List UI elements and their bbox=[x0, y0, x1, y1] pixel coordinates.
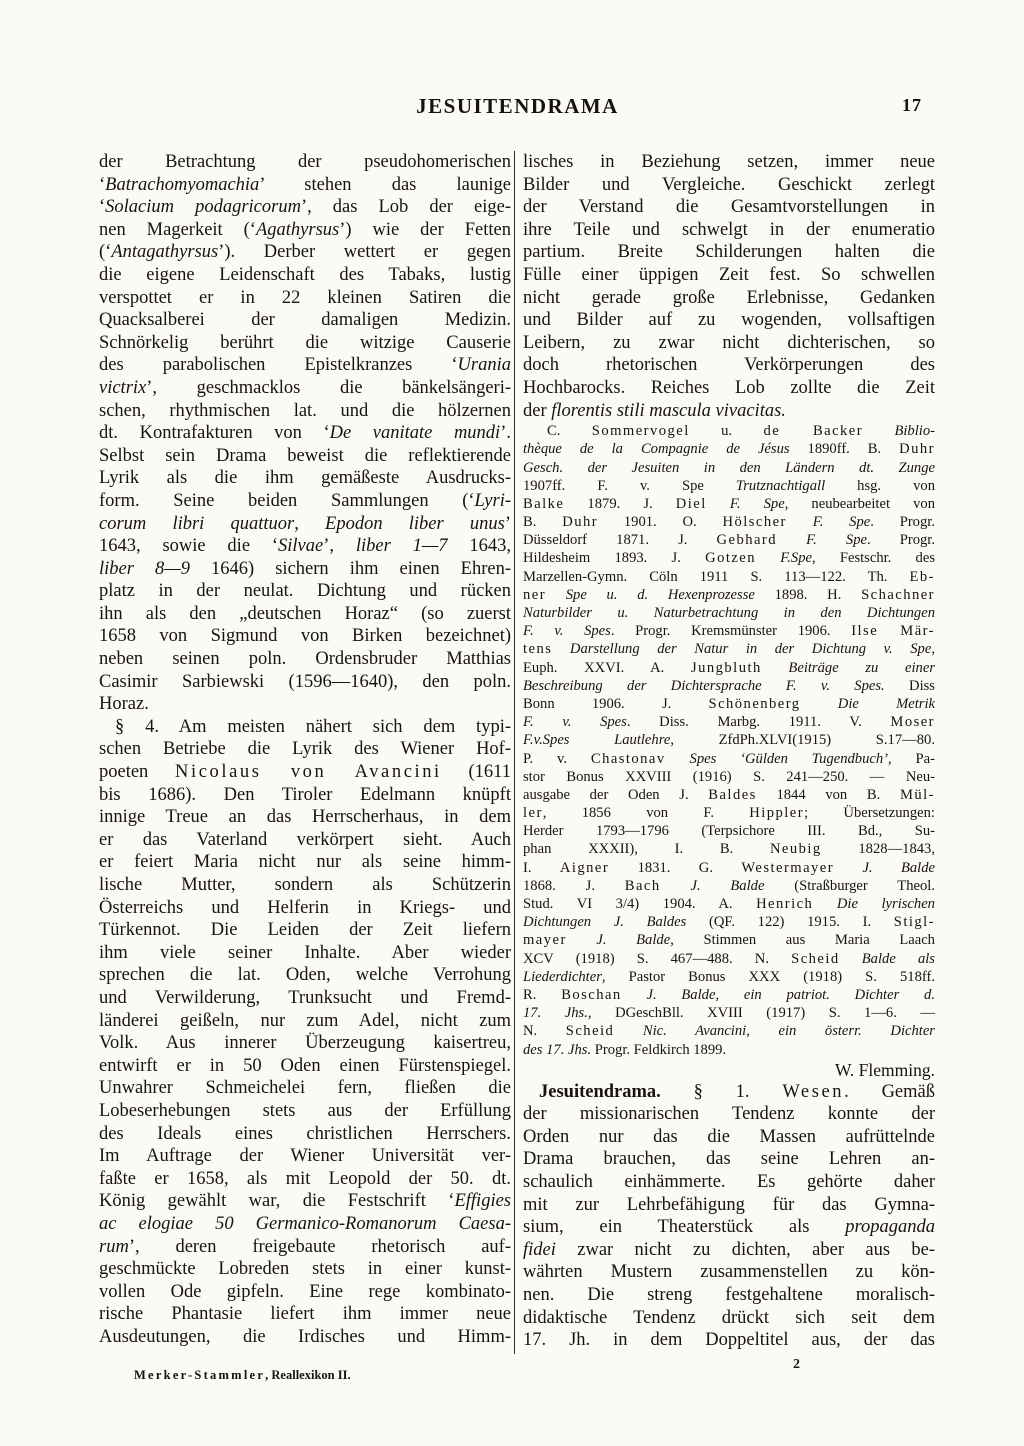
text-line: mit zur Lehrbefähigung für das Gymna- bbox=[523, 1194, 935, 1217]
signature-mark: 2 bbox=[793, 1357, 800, 1373]
text-line: sium, ein Theaterstück als propaganda bbox=[523, 1216, 935, 1239]
text-line: ausgabe der Oden J. Baldes 1844 von B. M… bbox=[523, 786, 935, 804]
text-line: F. v. Spes. Diss. Marbg. 1911. V. Moser bbox=[523, 713, 935, 731]
text-line: I. Aigner 1831. G. Westermayer J. Balde bbox=[523, 859, 935, 877]
text-line: geschmückte Lobreden stets in einer kuns… bbox=[99, 1258, 511, 1281]
text-line: Türkennot. Die Leiden der Zeit liefern bbox=[99, 919, 511, 942]
text-line: (‘Antagathyrsus’). Derber wettert er geg… bbox=[99, 241, 511, 264]
text-line: er feiert Maria nicht nur als seine himm… bbox=[99, 851, 511, 874]
text-line: Unwahrer Schmeichelei fern, fließen die bbox=[99, 1077, 511, 1100]
text-line: 1658 von Sigmund von Birken bezeichnet) bbox=[99, 625, 511, 648]
text-line: Balke 1879. J. Diel F. Spe, neubearbeite… bbox=[523, 495, 935, 513]
text-line: victrix’, geschmacklos die bänkelsängeri… bbox=[99, 377, 511, 400]
text-line: 17. Jhs., DGeschBll. XVIII (1917) S. 1—6… bbox=[523, 1004, 935, 1022]
text-line: schen Betriebe die Lyrik des Wiener Hof- bbox=[99, 738, 511, 761]
text-line: Gesch. der Jesuiten in den Ländern dt. Z… bbox=[523, 459, 935, 477]
text-line: platz in der neulat. Dichtung und rücken bbox=[99, 580, 511, 603]
text-line: corum libri quattuor, Epodon liber unus’ bbox=[99, 513, 511, 536]
text-line: innige Treue an das Herrscherhaus, in de… bbox=[99, 806, 511, 829]
text-line: Lobeserhebungen stets aus der Erfüllung bbox=[99, 1100, 511, 1123]
text-line: Leibern, zu zwar nicht dichterischen, so bbox=[523, 332, 935, 355]
text-line: poeten Nicolaus von Avancini (1611 bbox=[99, 761, 511, 784]
text-line: der florentis stili mascula vivacitas. bbox=[523, 400, 935, 423]
text-line: Euph. XXVI. A. Jungbluth Beiträge zu ein… bbox=[523, 659, 935, 677]
text-line: die eigene Leidenschaft des Tabaks, lust… bbox=[99, 264, 511, 287]
text-line: neben seinen poln. Ordensbruder Matthias bbox=[99, 648, 511, 671]
text-line: B. Duhr 1901. O. Hölscher F. Spe. Progr. bbox=[523, 513, 935, 531]
text-line: ler, 1856 von F. Hippler; Übersetzungen: bbox=[523, 804, 935, 822]
text-block: W. Flemming. bbox=[523, 1059, 935, 1081]
text-line: didaktische Tendenz drückt sich seit dem bbox=[523, 1307, 935, 1330]
text-block: C. Sommervogel u. de Backer Biblio-thèqu… bbox=[523, 422, 935, 1059]
right-column: lisches in Beziehung setzen, immer neueB… bbox=[523, 151, 935, 1352]
footer-imprint-rest: , Reallexikon II. bbox=[265, 1368, 350, 1382]
text-line: Hildesheim 1893. J. Gotzen F.Spe, Festsc… bbox=[523, 549, 935, 567]
text-line: W. Flemming. bbox=[523, 1059, 935, 1081]
left-column: der Betrachtung der pseudohomerischen‘Ba… bbox=[99, 151, 511, 1348]
page-number: 17 bbox=[902, 95, 922, 116]
text-line: F.v.Spes Lautlehre, ZfdPh.XLVI(1915) S.1… bbox=[523, 731, 935, 749]
text-line: 17. Jh. in dem Doppeltitel aus, der das bbox=[523, 1329, 935, 1352]
text-line: ihm viele seiner Inhalte. Aber wieder bbox=[99, 942, 511, 965]
text-line: form. Seine beiden Sammlungen (‘Lyri- bbox=[99, 490, 511, 513]
text-line: N. Scheid Nic. Avancini, ein österr. Dic… bbox=[523, 1022, 935, 1040]
text-line: Hochbarocks. Reiches Lob zollte die Zeit bbox=[523, 377, 935, 400]
footer-imprint-name: Merker-Stammler bbox=[134, 1368, 265, 1382]
text-line: König gewählt war, die Festschrift ‘Effi… bbox=[99, 1190, 511, 1213]
text-line: der missionarischen Tendenz konnte der bbox=[523, 1103, 935, 1126]
text-line: ac elogiae 50 Germanico-Romanorum Caesa- bbox=[99, 1213, 511, 1236]
text-line: lische Mutter, sondern als Schützerin bbox=[99, 874, 511, 897]
text-line: rische Phantasie liefert ihm immer neue bbox=[99, 1303, 511, 1326]
text-line: dt. Kontrafakturen von ‘De vanitate mund… bbox=[99, 422, 511, 445]
text-line: Bilder und Vergleiche. Geschickt zerlegt bbox=[523, 174, 935, 197]
text-line: Stud. VI 3/4) 1904. A. Henrich Die lyris… bbox=[523, 895, 935, 913]
text-line: Dichtungen J. Baldes (QF. 122) 1915. I. … bbox=[523, 913, 935, 931]
text-line: rum’, deren freigebaute rhetorisch auf- bbox=[99, 1236, 511, 1259]
page-header: JESUITENDRAMA 17 bbox=[99, 94, 936, 124]
text-line: Schnörkelig berührt die witzige Causerie bbox=[99, 332, 511, 355]
text-line: F. v. Spes. Progr. Kremsmünster 1906. Il… bbox=[523, 622, 935, 640]
text-line: des parabolischen Epistelkranzes ‘Urania bbox=[99, 354, 511, 377]
text-line: ‘Solacium podagricorum’, das Lob der eig… bbox=[99, 196, 511, 219]
text-line: schen, rhythmischen lat. und die hölzern… bbox=[99, 400, 511, 423]
text-line: der Verstand die Gesamtvorstellungen in bbox=[523, 196, 935, 219]
text-line: liber 8—9 1646) sichern ihm einen Ehren- bbox=[99, 558, 511, 581]
text-line: Jesuitendrama. § 1. Wesen. Gemäß bbox=[523, 1081, 935, 1104]
text-line: stor Bonus XXVIII (1916) S. 241—250. — N… bbox=[523, 768, 935, 786]
text-line: ihn als den „deutschen Horaz“ (so zuerst bbox=[99, 603, 511, 626]
column-divider bbox=[514, 151, 515, 1354]
text-line: des Ideals eines christlichen Herrschers… bbox=[99, 1123, 511, 1146]
text-line: nen. Die streng festgehaltene moralisch- bbox=[523, 1284, 935, 1307]
text-line: P. v. Chastonav Spes ‘Gülden Tugendbuch’… bbox=[523, 750, 935, 768]
text-line: Casimir Sarbiewski (1596—1640), den poln… bbox=[99, 671, 511, 694]
text-line: nicht gerade große Erlebnisse, Gedanken bbox=[523, 287, 935, 310]
footer-imprint: Merker-Stammler, Reallexikon II. bbox=[134, 1368, 351, 1383]
text-line: des 17. Jhs. Progr. Feldkirch 1899. bbox=[523, 1041, 935, 1059]
text-line: Im Auftrage der Wiener Universität ver- bbox=[99, 1145, 511, 1168]
text-line: XCV (1918) S. 467—488. N. Scheid Balde a… bbox=[523, 950, 935, 968]
text-line: sprechen die lat. Oden, welche Verrohung bbox=[99, 964, 511, 987]
text-line: fidei zwar nicht zu dichten, aber aus be… bbox=[523, 1239, 935, 1262]
text-line: 1643, sowie die ‘Silvae’, liber 1—7 1643… bbox=[99, 535, 511, 558]
text-line: er das Vaterland verkörpert sieht. Auch bbox=[99, 829, 511, 852]
text-block: Jesuitendrama. § 1. Wesen. Gemäßder miss… bbox=[523, 1081, 935, 1352]
text-line: tens Darstellung der Natur in der Dichtu… bbox=[523, 640, 935, 658]
text-line: vollen Ode gipfeln. Eine rege kombinato- bbox=[99, 1281, 511, 1304]
text-line: Naturbilder u. Naturbetrachtung in den D… bbox=[523, 604, 935, 622]
text-line: nen Magerkeit (‘Agathyrsus’) wie der Fet… bbox=[99, 219, 511, 242]
text-line: Ausdeutungen, die Irdisches und Himm- bbox=[99, 1326, 511, 1349]
text-line: Österreichs und Helferin in Kriegs- und bbox=[99, 897, 511, 920]
text-line: Lyrik als die ihm gemäßeste Ausdrucks- bbox=[99, 467, 511, 490]
text-line: Quacksalberei der damaligen Medizin. bbox=[99, 309, 511, 332]
text-line: Orden nur das die Massen aufrüttelnde bbox=[523, 1126, 935, 1149]
text-line: Marzellen-Gymn. Cöln 1911 S. 113—122. Th… bbox=[523, 568, 935, 586]
text-line: R. Boschan J. Balde, ein patriot. Dichte… bbox=[523, 986, 935, 1004]
text-line: währten Mustern zusammenstellen zu kön- bbox=[523, 1261, 935, 1284]
text-line: faßte er 1658, als mit Leopold der 50. d… bbox=[99, 1168, 511, 1191]
text-line: Fülle einer üppigen Zeit fest. So schwel… bbox=[523, 264, 935, 287]
two-column-text-area: der Betrachtung der pseudohomerischen‘Ba… bbox=[99, 151, 936, 1356]
text-block: der Betrachtung der pseudohomerischen‘Ba… bbox=[99, 151, 511, 1348]
text-line: Selbst sein Drama beweist die reflektier… bbox=[99, 445, 511, 468]
text-line: 1907ff. F. v. Spe Trutznachtigall hsg. v… bbox=[523, 477, 935, 495]
text-line: ‘Batrachomyomachia’ stehen das launige bbox=[99, 174, 511, 197]
text-line: Bonn 1906. J. Schönenberg Die Metrik bbox=[523, 695, 935, 713]
scanned-lexicon-page: JESUITENDRAMA 17 der Betrachtung der pse… bbox=[0, 0, 1024, 1446]
text-line: Volk. Aus innerer Überzeugung kaisertreu… bbox=[99, 1032, 511, 1055]
text-line: Liederdichter, Pastor Bonus XXX (1918) S… bbox=[523, 968, 935, 986]
text-line: der Betrachtung der pseudohomerischen bbox=[99, 151, 511, 174]
text-line: länderei geißeln, nur zum Adel, nicht zu… bbox=[99, 1010, 511, 1033]
text-line: C. Sommervogel u. de Backer Biblio- bbox=[523, 422, 935, 440]
text-block: lisches in Beziehung setzen, immer neueB… bbox=[523, 151, 935, 422]
text-line: mayer J. Balde, Stimmen aus Maria Laach bbox=[523, 931, 935, 949]
text-line: doch rhetorischen Verkörperungen des bbox=[523, 354, 935, 377]
text-line: ner Spe u. d. Hexenprozesse 1898. H. Sch… bbox=[523, 586, 935, 604]
text-line: Horaz. bbox=[99, 693, 511, 716]
text-line: phan XXXII), I. B. Neubig 1828—1843, bbox=[523, 840, 935, 858]
text-line: Herder 1793—1796 (Terpsichore III. Bd., … bbox=[523, 822, 935, 840]
text-line: § 4. Am meisten nähert sich dem typi- bbox=[99, 716, 511, 739]
text-line: und Bilder auf zu wogenden, vollsaftigen bbox=[523, 309, 935, 332]
text-line: entwirft er in 50 Oden einen Fürstenspie… bbox=[99, 1055, 511, 1078]
text-line: schaulich einhämmerte. Es gehörte daher bbox=[523, 1171, 935, 1194]
text-line: verspottet er in 22 kleinen Satiren die bbox=[99, 287, 511, 310]
text-line: und Verwilderung, Trunksucht und Fremd- bbox=[99, 987, 511, 1010]
text-line: ihre Teile und schwelgt in der enumerati… bbox=[523, 219, 935, 242]
page-title: JESUITENDRAMA bbox=[99, 94, 936, 119]
text-line: Drama brauchen, das seine Lehren an- bbox=[523, 1148, 935, 1171]
text-line: Beschreibung der Dichtersprache F. v. Sp… bbox=[523, 677, 935, 695]
text-line: partium. Breite Schilderungen halten die bbox=[523, 241, 935, 264]
text-line: thèque de la Compagnie de Jésus 1890ff. … bbox=[523, 440, 935, 458]
text-line: lisches in Beziehung setzen, immer neue bbox=[523, 151, 935, 174]
text-line: bis 1686). Den Tiroler Edelmann knüpft bbox=[99, 784, 511, 807]
text-line: 1868. J. Bach J. Balde (Straßburger Theo… bbox=[523, 877, 935, 895]
text-line: Düsseldorf 1871. J. Gebhard F. Spe. Prog… bbox=[523, 531, 935, 549]
